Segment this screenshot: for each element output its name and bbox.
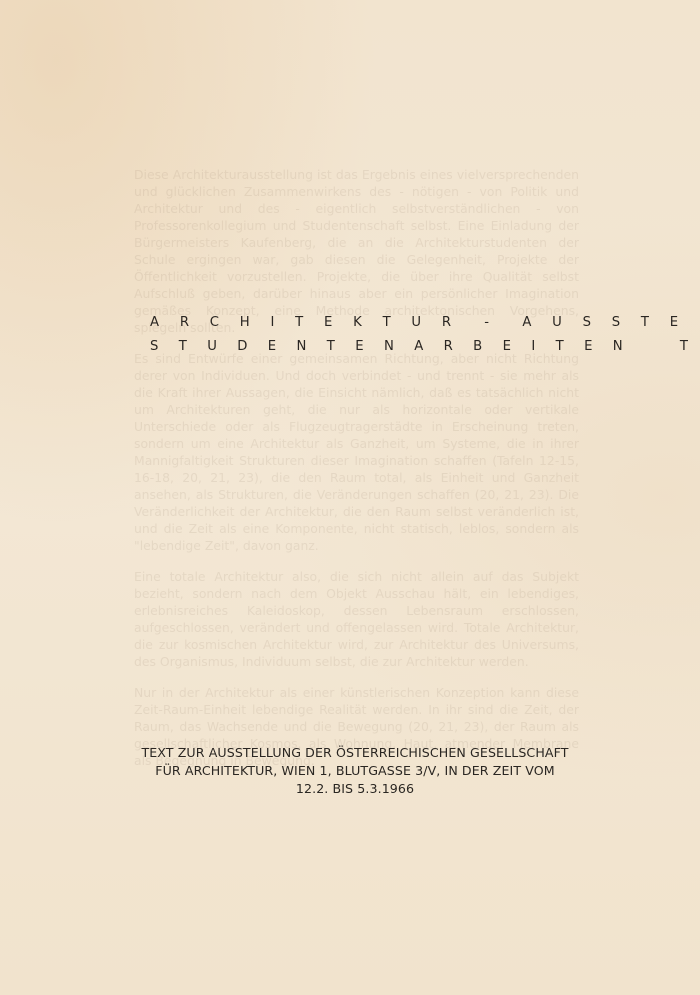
heading-line-2: S T U D E N T E N A R B E I T E N T H G … (150, 337, 575, 357)
colophon-line-1: TEXT ZUR AUSSTELLUNG DER ÖSTERREICHISCHE… (135, 744, 575, 762)
heading-line-1: A R C H I T E K T U R - A U S S T E L L … (150, 313, 575, 333)
show-through-paragraph: Diese Architekturausstellung ist das Erg… (134, 166, 579, 336)
colophon-line-3: 12.2. BIS 5.3.1966 (135, 780, 575, 798)
document-page: Diese Architekturausstellung ist das Erg… (0, 0, 700, 995)
colophon: TEXT ZUR AUSSTELLUNG DER ÖSTERREICHISCHE… (135, 744, 575, 798)
show-through-paragraph: Eine totale Architektur also, die sich n… (134, 568, 579, 670)
colophon-line-2: FÜR ARCHITEKTUR, WIEN 1, BLUTGASSE 3/V, … (135, 762, 575, 780)
show-through-paragraph: Es sind Entwürfe einer gemeinsamen Richt… (134, 350, 579, 554)
show-through-text: Diese Architekturausstellung ist das Erg… (134, 166, 579, 783)
